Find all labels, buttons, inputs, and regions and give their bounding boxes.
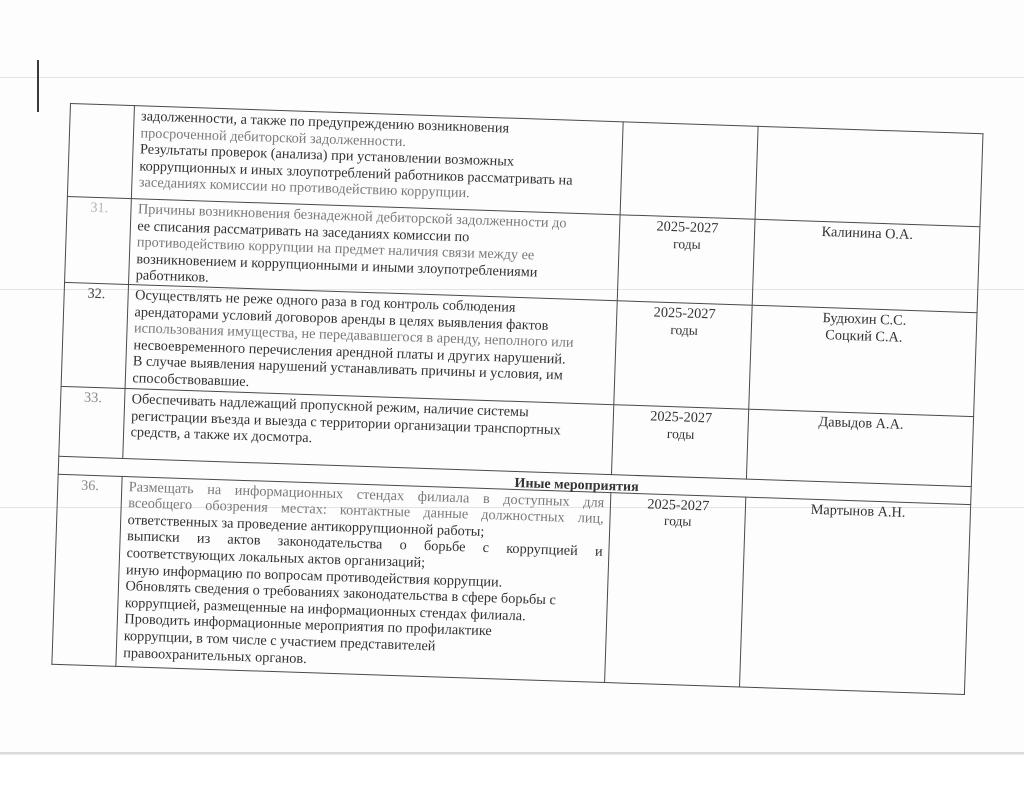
row-number: 32. bbox=[61, 282, 129, 388]
row-period bbox=[620, 122, 758, 219]
margin-mark bbox=[37, 60, 39, 112]
period-unit: годы bbox=[623, 320, 746, 341]
row-responsible: Мартынов А.Н. bbox=[740, 497, 971, 694]
responsible-person: Мартынов А.Н. bbox=[752, 499, 964, 523]
table-row: 36. Размещать на информационных стендах … bbox=[52, 474, 971, 694]
row-description: Размещать на информационных стендах фили… bbox=[116, 476, 611, 682]
row-number: 36. bbox=[52, 474, 123, 666]
measures-table: задолженности, а также по предупреждению… bbox=[51, 103, 983, 695]
responsible-person: Давыдов А.А. bbox=[755, 412, 967, 436]
scan-artifact-line bbox=[0, 77, 1024, 78]
period-unit: годы bbox=[616, 512, 739, 533]
measures-table-wrapper: задолженности, а также по предупреждению… bbox=[51, 103, 983, 695]
period-unit: годы bbox=[626, 234, 749, 255]
row-period: 2025-2027 годы bbox=[612, 405, 749, 479]
row-number: 33. bbox=[59, 386, 126, 458]
scanned-page: задолженности, а также по предупреждению… bbox=[0, 0, 1024, 752]
row-period: 2025-2027 годы bbox=[605, 492, 746, 686]
row-period: 2025-2027 годы bbox=[617, 215, 755, 305]
row-responsible: Будюхин С.С. Соцкий С.А. bbox=[749, 305, 977, 416]
responsible-person: Калинина О.А. bbox=[761, 222, 973, 246]
row-responsible: Давыдов А.А. bbox=[747, 409, 974, 486]
row-number bbox=[67, 104, 135, 199]
row-responsible bbox=[755, 126, 983, 226]
row-period: 2025-2027 годы bbox=[614, 301, 753, 409]
row-number: 31. bbox=[65, 196, 132, 284]
row-responsible: Калинина О.А. bbox=[753, 219, 980, 312]
row-description: задолженности, а также по предупреждению… bbox=[132, 106, 624, 215]
row-description: Причины возникновения безнадежной дебито… bbox=[129, 199, 620, 301]
below-page-area bbox=[0, 755, 1024, 791]
period-unit: годы bbox=[619, 424, 742, 445]
row-description: Осуществлять не реже одного раза в год к… bbox=[126, 285, 618, 405]
